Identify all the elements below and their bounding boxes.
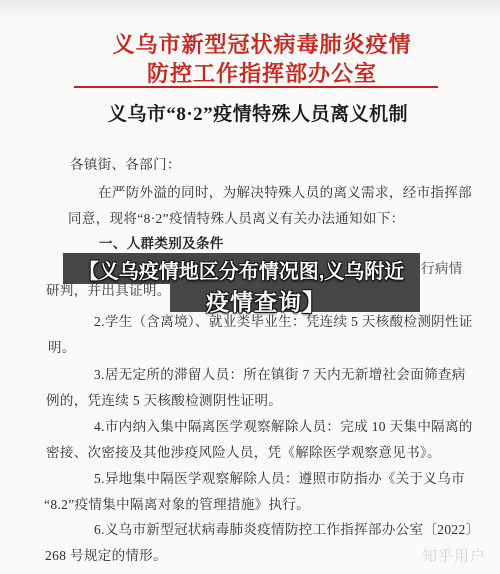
document-title: 义乌市“8·2”疫情特殊人员离义机制: [0, 99, 500, 126]
document-page: 义乌市新型冠状病毒肺炎疫情 防控工作指挥部办公室 义乌市“8·2”疫情特殊人员离…: [0, 0, 500, 574]
body-line: 明。: [48, 340, 76, 356]
body-line: 4.市内纳入集中隔离医学观察解除人员：完成 10 天集中隔离的: [94, 419, 473, 435]
body-line: 例的，凭连续 5 天核酸检测阴性证明。: [46, 393, 282, 409]
subtitle-overlay-line2: 疫情查询】: [170, 284, 420, 317]
body-line: 密接、次密接及其他涉疫风险人员，凭《解除医学观察意见书》。: [46, 445, 441, 461]
obscured-text-fragment-right: 行病情: [421, 261, 463, 277]
body-line: 6.义乌市新型冠状病毒肺炎疫情防控工作指挥部办公室〔2022〕: [94, 522, 479, 538]
section-heading: 一、人群类别及条件: [99, 236, 224, 252]
body-line: “8.2”疫情集中隔离对象的管理措施》执行。: [44, 497, 310, 513]
obscured-text-fragment-left: 研判，并出具证明。: [46, 283, 171, 299]
body-line: 268 号规定的情形。: [45, 548, 167, 564]
intro-line-2: 同意，现将“8·2”疫情特殊人员离义有关办法通知如下：: [68, 211, 404, 227]
org-header-line2: 防控工作指挥部办公室: [0, 57, 500, 88]
intro-line-1: 在严防外溢的同时，为解决特殊人员的离义需求，经市指挥部: [98, 185, 472, 201]
header-rule: [74, 86, 438, 88]
body-line: 3.居无定所的滞留人员：所在镇街 7 天内无新增社会面筛查病: [94, 367, 466, 383]
org-header-line1: 义乌市新型冠状病毒肺炎疫情: [0, 28, 500, 59]
watermark-zhihu-user: 知乎用户: [422, 545, 486, 566]
salutation: 各镇街、各部门：: [70, 157, 181, 173]
subtitle-overlay-line1: 【义乌疫情地区分布情况图,义乌附近: [63, 255, 420, 284]
body-line: 5.异地集中隔医学观察解除人员：遵照市防指办《关于义乌市: [94, 471, 465, 487]
